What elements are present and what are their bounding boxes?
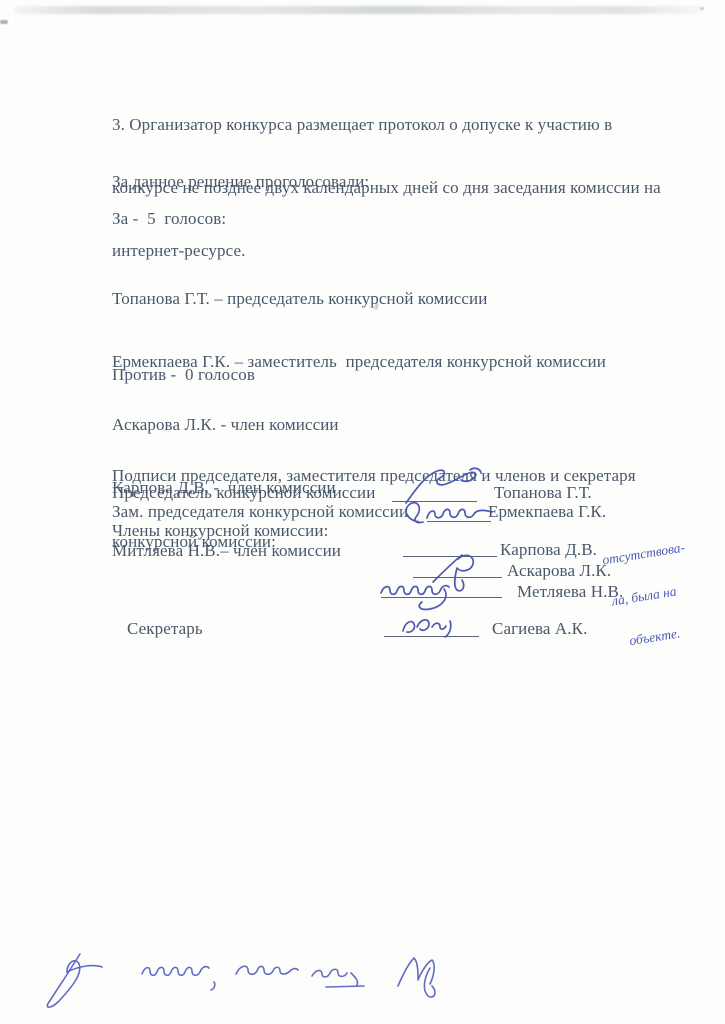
voted-heading: За данное решение проголосовали: bbox=[112, 171, 369, 192]
chairman-label: Председатель конкурсной комиссии bbox=[112, 482, 375, 503]
scan-speck-top-right bbox=[700, 7, 704, 10]
handwritten-note-line-3: объекте. bbox=[615, 624, 699, 651]
member1-name: Карпова Д.В. bbox=[500, 539, 597, 560]
members-label: Члены конкурсной комиссии: bbox=[112, 520, 328, 541]
scanned-protocol-page: 3. Организатор конкурса размещает проток… bbox=[0, 0, 725, 1024]
bottom-signature-1 bbox=[26, 946, 138, 1012]
handwritten-note: отсутствова- ла, была на объекте. bbox=[597, 513, 703, 678]
votes-for-line: За - 5 голосов: bbox=[112, 208, 226, 229]
deputy-label: Зам. председателя конкурсной комиссии bbox=[112, 501, 408, 522]
bottom-signature-2 bbox=[138, 958, 224, 992]
votes-against-line: Против - 0 голосов bbox=[112, 364, 255, 385]
deputy-signature bbox=[398, 497, 498, 529]
chairman-name: Топанова Г.Т. bbox=[494, 482, 592, 503]
secretary-signature bbox=[395, 610, 481, 642]
bottom-signature-3 bbox=[230, 958, 302, 984]
deputy-name: Ермекпаева Г.К. bbox=[488, 501, 606, 522]
handwritten-note-line-1: отсутствова- bbox=[601, 541, 685, 568]
secretary-label: Секретарь bbox=[127, 618, 203, 639]
member-line: Топанова Г.Т. – председатель конкурсной … bbox=[112, 288, 606, 309]
handwritten-note-line-2: ла, была на bbox=[608, 582, 692, 609]
scan-speck-left-edge bbox=[0, 20, 8, 24]
secretary-name: Сагиева А.К. bbox=[492, 618, 587, 639]
bottom-signature-4 bbox=[306, 960, 380, 992]
member2-name: Аскарова Л.К. bbox=[507, 560, 611, 581]
paragraph-3-line-1: 3. Организатор конкурса размещает проток… bbox=[112, 114, 661, 135]
bottom-signature-5 bbox=[390, 950, 448, 1004]
scan-smudge-top bbox=[14, 6, 702, 14]
